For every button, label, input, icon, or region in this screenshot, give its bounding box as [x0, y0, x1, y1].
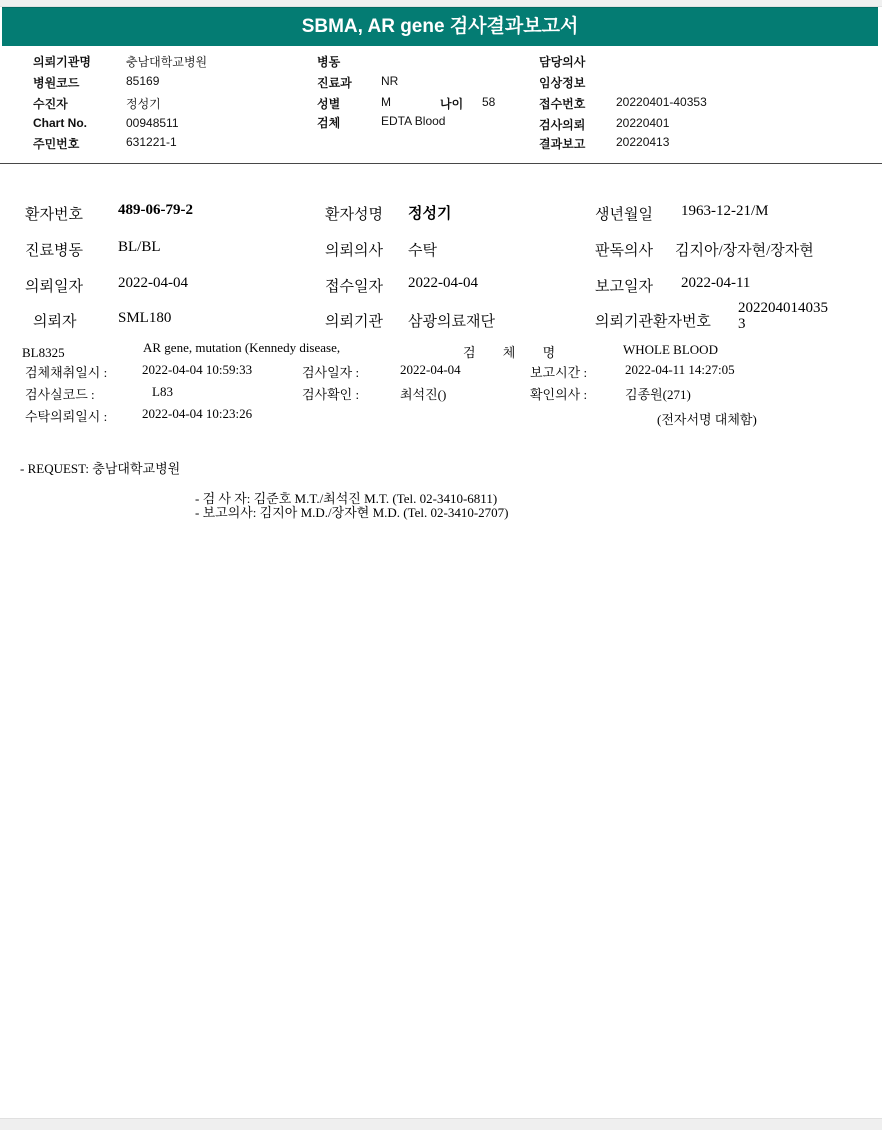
report-title: SBMA, AR gene 검사결과보고서 — [2, 8, 878, 46]
collected-datetime-label: 검체채취일시 : — [25, 362, 107, 381]
result-report-date-label: 결과보고 — [539, 135, 585, 152]
window-bottom-strip — [0, 1118, 882, 1130]
chart-no-label: Chart No. — [33, 116, 87, 130]
specimen-type-value: EDTA Blood — [381, 114, 445, 128]
patient-name-label: 환자성명 — [325, 203, 383, 224]
test-request-date-label: 검사의뢰 — [539, 116, 585, 133]
collected-datetime-value: 2022-04-04 10:59:33 — [142, 362, 252, 378]
test-verifier-value: 최석진() — [400, 384, 446, 403]
ward-label: 병동 — [317, 53, 340, 70]
test-date-value: 2022-04-04 — [400, 362, 461, 378]
entrust-datetime-value: 2022-04-04 10:23:26 — [142, 406, 252, 422]
report-date-value: 2022-04-11 — [681, 275, 750, 292]
hospital-code-label: 병원코드 — [33, 74, 79, 91]
chart-no-value: 00948511 — [126, 116, 179, 130]
test-verifier-label: 검사확인 : — [302, 384, 359, 403]
request-date-value: 2022-04-04 — [118, 275, 188, 292]
confirm-doctor-value: 김종원(271) — [625, 384, 691, 403]
referring-org-patient-no-label: 의뢰기관환자번호 — [595, 310, 711, 331]
birth-date-value: 1963-12-21/M — [681, 203, 769, 220]
window-top-strip — [0, 0, 882, 7]
lab-code-value: L83 — [152, 384, 173, 400]
request-org-line: - REQUEST: 충남대학교병원 — [20, 458, 180, 477]
clinical-info-label: 임상정보 — [539, 74, 585, 91]
examinee-label: 수진자 — [33, 95, 68, 112]
reporter-line: - 보고의사: 김지아 M.D./장자현 M.D. (Tel. 02-3410-… — [195, 502, 509, 521]
attending-doctor-label: 담당의사 — [539, 53, 585, 70]
report-date-label: 보고일자 — [595, 275, 653, 296]
entrust-datetime-label: 수탁의뢰일시 : — [25, 406, 107, 425]
result-report-date-value: 20220413 — [616, 135, 669, 149]
patient-no-value: 489-06-79-2 — [118, 202, 193, 219]
specimen-name-value: WHOLE BLOOD — [623, 342, 718, 358]
examinee-value: 정성기 — [126, 95, 161, 112]
request-date-label: 의뢰일자 — [25, 275, 83, 296]
accession-no-value: 20220401-40353 — [616, 95, 707, 109]
birth-date-label: 생년월일 — [595, 203, 653, 224]
age-label: 나이 — [440, 95, 463, 112]
esign-note: (전자서명 대체함) — [657, 409, 757, 428]
test-request-date-value: 20220401 — [616, 116, 669, 130]
referring-org-value: 삼광의료재단 — [408, 310, 495, 331]
ward-room-value: BL/BL — [118, 239, 161, 256]
referring-org-patient-no-value: 2022040140353 — [738, 300, 834, 332]
resident-id-value: 631221-1 — [126, 135, 177, 149]
reading-doctor-value: 김지아/장자현/장자현 — [675, 239, 814, 260]
receipt-date-value: 2022-04-04 — [408, 275, 478, 292]
accession-no-label: 접수번호 — [539, 95, 585, 112]
confirm-doctor-label: 확인의사 : — [530, 384, 587, 403]
test-date-label: 검사일자 : — [302, 362, 359, 381]
report-title-bar: SBMA, AR gene 검사결과보고서 — [2, 7, 878, 46]
ward-room-label: 진료병동 — [25, 239, 83, 260]
department-label: 진료과 — [317, 74, 352, 91]
sex-label: 성별 — [317, 95, 340, 112]
requester-label: 의뢰자 — [33, 310, 76, 331]
requester-value: SML180 — [118, 310, 171, 327]
requesting-org-value: 충남대학교병원 — [126, 53, 207, 70]
sex-value: M — [381, 95, 391, 109]
requesting-org-label: 의뢰기관명 — [33, 53, 91, 70]
report-page: SBMA, AR gene 검사결과보고서 의뢰기관명 충남대학교병원 병원코드… — [0, 0, 882, 1130]
patient-name-value: 정성기 — [408, 202, 451, 223]
referring-doctor-value: 수탁 — [408, 239, 437, 260]
patient-no-label: 환자번호 — [25, 203, 83, 224]
lab-code-label: 검사실코드 : — [25, 384, 95, 403]
reading-doctor-label: 판독의사 — [595, 239, 653, 260]
referring-org-label: 의뢰기관 — [325, 310, 383, 331]
report-time-label: 보고시간 : — [530, 362, 587, 381]
section-divider — [0, 163, 882, 164]
test-code: BL8325 — [22, 345, 65, 361]
department-value: NR — [381, 74, 398, 88]
resident-id-label: 주민번호 — [33, 135, 79, 152]
referring-doctor-label: 의뢰의사 — [325, 239, 383, 260]
receipt-date-label: 접수일자 — [325, 275, 383, 296]
hospital-code-value: 85169 — [126, 74, 159, 88]
age-value: 58 — [482, 95, 495, 109]
report-time-value: 2022-04-11 14:27:05 — [625, 362, 735, 378]
specimen-name-label: 검 체 명 — [463, 342, 555, 361]
specimen-type-label: 검체 — [317, 114, 340, 131]
test-name: AR gene, mutation (Kennedy disease, — [143, 340, 340, 356]
